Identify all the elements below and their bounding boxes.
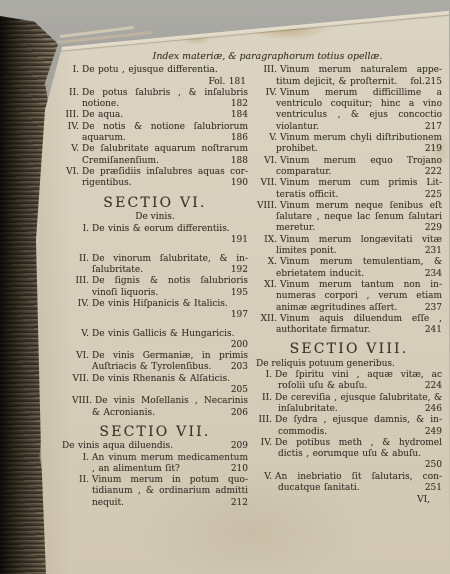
entry-text: Vinum merum longævi­tati vi­tæ limites p… [276,235,442,256]
index-entry: V.De ſalubritate aquarum noſtra­rum Crem… [62,144,248,167]
entry-page: 212 [231,498,248,509]
entry-page: 249 [425,427,442,438]
entry-text: De vinis & eorum differen­tiis. [92,224,230,234]
entry-numeral: II. [72,254,89,265]
index-column-left: I.De potu , ejusque differentia.Fol. 181… [62,65,248,509]
entry-page: 219 [425,144,442,155]
index-entry: II.De vinorum ſalubritate, & in­ſalubrit… [72,254,248,277]
index-entry: VI.De præſidiis inſalubres aquas cor­rig… [62,167,248,190]
entry-text: De vinorum ſalubritate, & in­ſalubritate… [92,254,248,275]
entry-numeral: IV. [258,438,272,449]
index-entry: VI.Vinum merum equo Tro­jano comparatur.… [256,156,442,179]
entry-text: Vinum merum equo Tro­jano comparatur. [276,156,442,177]
index-entry: VI.De vinis Germaniæ, in primis Auſtriac… [72,351,248,374]
entry-numeral: XI. [256,280,277,291]
entry-page: 206 [231,408,248,419]
entry-page: 229 [425,223,442,234]
entry-text: Vinum merum neque ſenibus eſt ſalutare ,… [276,201,442,234]
entry-text: De vinis Rhenanis & Alſati­cis. [92,374,230,384]
index-entry: VIII.De vinis Moſel­lanis , Necari­nis &… [72,396,248,419]
entry-page: 222 [425,167,442,178]
entry-numeral: III. [62,110,79,121]
index-entry: III.De aqua.184 [62,110,248,121]
entry-text: De vinis Germaniæ, in primis Auſtriacis … [92,351,248,372]
entry-text: Vinum merum in potum quo­tidianum , & or… [92,475,248,508]
entry-text: De ſpiritu vini , aquæ vitæ, ac roſolii … [275,370,442,391]
entry-numeral: IV. [62,122,79,133]
entry-text: De vinis Gallicis & Hungari­cis. [92,329,235,339]
entry-page: 195 [231,288,248,299]
entry-page: 225 [425,190,442,201]
entry-numeral: V. [258,472,272,483]
entry-text: De potu , ejusque differentia. [82,65,218,75]
entry-numeral: VIII. [256,201,277,212]
index-entry: V.Vinum merum chyli diſtribu­tionem proh… [256,133,442,156]
entry-page: 205 [231,385,248,396]
entry-numeral: III. [72,276,89,287]
index-entry: VIII.Vinum merum neque ſenibus eſt ſalut… [256,201,442,235]
entry-page: 231 [425,246,442,257]
entry-text: De ſalubritate aquarum noſtra­rum Cremiſ… [82,144,248,165]
entry-text: Vinum merum cum primis Lit­teratis offic… [276,178,442,199]
entry-text: Vinum merum chyli diſtribu­tionem prohib… [276,133,442,154]
entry-page: 191 [231,235,248,246]
entry-numeral: IV. [256,88,277,99]
section-heading: SECTIO VII. [62,427,248,438]
entry-numeral: V. [256,133,277,144]
entry-numeral: III. [258,415,272,426]
index-columns: I.De potu , ejusque differentia.Fol. 181… [62,65,443,509]
entry-numeral: I. [72,224,89,235]
index-entry: IV.De vinis Hiſpanicis & Italicis.197 [72,299,248,322]
entry-numeral: V. [62,144,79,155]
index-column-right: III.Vinum merum naturalem appe­titum dej… [256,65,442,506]
entry-page: 197 [231,310,248,321]
entry-page: 217 [425,122,442,133]
entry-page: 184 [231,110,248,121]
entry-text: Vinum merum tantum non in­numeras corpor… [276,280,442,313]
index-entry: XI.Vinum merum tantum non in­numeras cor… [256,280,442,314]
entry-text: De vinis aqua diluendis. [62,441,173,451]
entry-text: De vinis Moſel­lanis , Necari­nis & Acro… [92,396,248,417]
catchword: VI, [256,495,442,506]
entry-numeral: II. [72,475,89,486]
entry-numeral: VII. [256,178,277,189]
index-group-title: De reliquis potuum generibus. [256,359,442,370]
index-entry: IV.De notis & notione ſalubrio­rum aquar… [62,122,248,145]
entry-text: De cereviſia , ejusque ſalubri­tate, & i… [275,393,442,414]
index-entry: III.Vinum merum naturalem appe­titum dej… [256,65,442,88]
entry-text: De vinis Hiſpanicis & Italicis. [92,299,228,309]
entry-page: 209 [231,441,248,452]
index-entry: I.De vinis & eorum differen­tiis.191 [72,224,248,247]
entry-numeral: VI. [62,167,79,178]
index-entry: I.An vinum merum medicamen­tum , an alim… [72,453,248,476]
entry-page: 200 [231,340,248,351]
entry-numeral: I. [72,453,89,464]
index-entry: II.De cereviſia , ejusque ſalubri­tate, … [258,393,442,416]
entry-page: 186 [231,133,248,144]
index-entry: X.Vinum merum temulen­tiam, & ebrietatem… [256,257,442,280]
entry-text: De præſidiis inſalubres aquas cor­rigent… [82,167,248,188]
section-heading: SECTIO VI. [62,198,248,209]
entry-page: 250 [425,460,442,471]
entry-text: An vinum merum medicamen­tum , an alimen… [92,453,248,474]
entry-numeral: IV. [72,299,89,310]
index-entry: III.De ſignis & notis ſalubri­oris vinoſ… [72,276,248,299]
entry-page: 246 [425,404,442,415]
entry-text: An inebriatio ſit ſalutaris, con­ducatqu… [275,472,442,493]
entry-page: 203 [231,362,248,373]
index-entry: IX.Vinum merum longævi­tati vi­tæ limite… [256,235,442,258]
entry-page: 224 [425,381,442,392]
index-entry: De vinis aqua diluendis.209 [62,441,248,452]
index-entry: V.De vinis Gallicis & Hungari­cis.200 [72,329,248,352]
entry-numeral: VI. [256,156,277,167]
scan-backdrop: Index materiæ, & paragraphorum totius op… [0,0,450,574]
index-entry: I.De potu , ejusque differentia.Fol. 181 [62,65,248,88]
entry-numeral: V. [72,329,89,340]
entry-numeral: XII. [256,314,277,325]
entry-numeral: II. [258,393,272,404]
entry-numeral: VII. [72,374,89,385]
entry-numeral: VI. [72,351,89,362]
entry-numeral: II. [62,88,79,99]
entry-page: 234 [425,269,442,280]
entry-numeral: VIII. [72,396,92,407]
entry-page: 237 [425,303,442,314]
entry-numeral: I. [62,65,79,76]
entry-text: De ſydra , ejusque damnis, & in­commodis… [275,415,442,436]
section-subheading: De vinis. [62,212,248,223]
index-entry: II.De potus ſalubris , & inſa­lubris not… [62,88,248,111]
entry-page: 188 [231,156,248,167]
entry-text: De potus ſalubris , & inſa­lubris notion… [82,88,248,109]
entry-page: 210 [231,464,248,475]
entry-text: Vinum merum difficil­lime a ventriculo c… [276,88,442,132]
entry-page: 241 [425,325,442,336]
entry-numeral: I. [258,370,272,381]
index-entry: VII.De vinis Rhenanis & Alſati­cis.205 [72,374,248,397]
entry-page: 192 [231,265,248,276]
entry-text: Vinum aquis diluendum eſſe , authoritate… [276,314,442,335]
index-entry: V.An inebriatio ſit ſalutaris, con­ducat… [258,472,442,495]
index-entry: IV.De potibus meth , & hydro­mel dictis … [258,438,442,472]
entry-page: Fol. 181 [87,77,248,88]
entry-text: De potibus meth , & hydro­mel dictis , e… [275,438,442,459]
entry-numeral: X. [256,257,277,268]
entry-page: 190 [231,178,248,189]
running-header: Index materiæ, & paragraphorum totius op… [62,51,443,62]
entry-text: De ſignis & notis ſalubri­oris vinoſi li… [92,276,248,297]
entry-page: fol.215 [410,77,442,88]
entry-numeral: III. [256,65,277,76]
book-page: Index materiæ, & paragraphorum totius op… [0,0,450,574]
section-heading: SECTIO VIII. [256,344,442,355]
index-entry: III.De ſydra , ejusque damnis, & in­comm… [258,415,442,438]
index-entry: XII.Vinum aquis diluendum eſſe , authori… [256,314,442,337]
index-entry: II.Vinum merum in potum quo­tidianum , &… [72,475,248,509]
entry-page: 251 [425,483,442,494]
index-entry: VII.Vinum merum cum primis Lit­teratis o… [256,178,442,201]
index-entry: IV.Vinum merum difficil­lime a ventricul… [256,88,442,133]
entry-numeral: IX. [256,235,277,246]
index-text-block: Index materiæ, & paragraphorum totius op… [62,51,443,509]
entry-text: De notis & notione ſalubrio­rum aquarum. [82,122,248,143]
entry-text: De aqua. [82,110,123,120]
index-entry: I.De ſpiritu vini , aquæ vitæ, ac roſoli… [258,370,442,393]
entry-page: 182 [231,99,248,110]
entry-text: Vinum merum temulen­tiam, & ebrietatem i… [276,257,442,278]
